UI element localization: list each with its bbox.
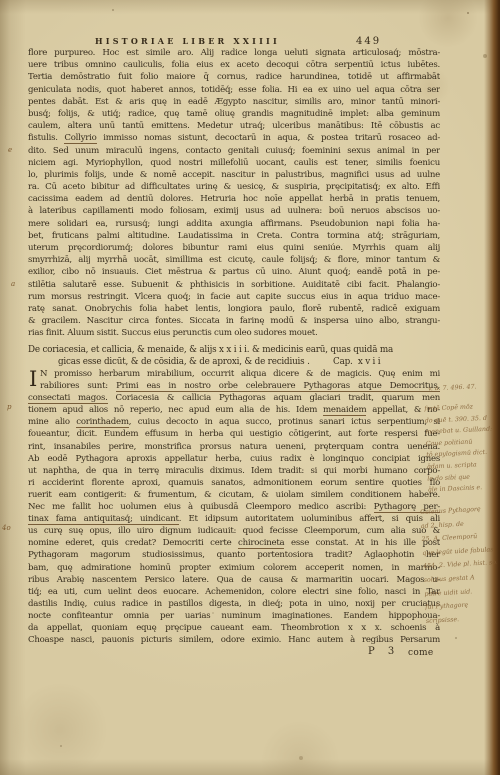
text-line: Ab eodē Pythagora aproxis appellatur her… xyxy=(28,453,440,465)
text-line: Tertia demōstratio fuit folio maiore q̄ … xyxy=(28,71,440,83)
text-line: ratę sanat. Onobrychis folia habet lenti… xyxy=(28,303,440,315)
text-line: da appellat, quoniam equę pręcipue cauea… xyxy=(28,622,440,634)
ink-underline: corinthadem xyxy=(76,417,128,428)
text-line: caulem, altera unū tantū emittens. Medet… xyxy=(28,120,440,132)
signature-mark: P 3 xyxy=(368,646,399,657)
handwritten-margin-note: fortē Copē mōzdo quē t. 390. 35. dmaneba… xyxy=(424,400,500,496)
ink-underline: tinax fama antiquitasq́; uindicant xyxy=(28,514,179,525)
text-line: gicas esse dicūt, & de cōsidia, & de apr… xyxy=(28,356,440,368)
text-line: nocte confiteantur omnia per uarias numi… xyxy=(28,610,440,622)
text-line: rabiliores sunt: Primi eas in nostro orb… xyxy=(28,380,440,392)
ink-underline: Collyrio xyxy=(64,133,96,144)
text-line: niciem agi. Myriophyllon, quod nostri mi… xyxy=(28,157,440,169)
running-title: HISTORIAE LIBER XXIIII xyxy=(95,36,280,46)
book-page-scan: HISTORIAE LIBER XXIIII 449 flore purpure… xyxy=(0,0,500,775)
text-line: rint, insanabiles perire, monstrifica pr… xyxy=(28,441,440,453)
text-line: ribus Arabię nascentem Persico latere. Q… xyxy=(28,574,440,586)
text-line: dastilis Indię, cuius radice in pastillo… xyxy=(28,598,440,610)
text-line: mere solidari ea, rursusq́; iungi addita… xyxy=(28,218,440,230)
text-line: ut naphtha, de qua in terrę miraculis di… xyxy=(28,465,440,477)
text-line: tinax fama antiquitasq́; uindicant. Et i… xyxy=(28,513,440,525)
text-line: geniculata nodis, quot haberet annos, to… xyxy=(28,84,440,96)
text-line: uterum pręcordiorumq́; dolores bibuntur … xyxy=(28,242,440,254)
text-line: nomine ederet, quis credat? Democriti ce… xyxy=(28,537,440,549)
page-number: 449 xyxy=(356,36,381,47)
text-line: stilētia salutarē esse. Subuenit & phthi… xyxy=(28,279,440,291)
left-margin-ink-mark: a xyxy=(11,280,15,288)
text-line: rum morsus restringit. Vlcera quoq́; in … xyxy=(28,291,440,303)
ink-underline: Primi eas in nostro orbe celebrauere Pyt… xyxy=(116,381,440,392)
text-line: foueantur, dicit. Eundem effusum in herb… xyxy=(28,428,440,440)
main-paragraph-1: flore purpureo. Hoc est simile aro. Alij… xyxy=(28,47,440,340)
text-line: pentes dabāt. Est & aris quę in eadē Ægy… xyxy=(28,96,440,108)
text-line: us curę suę opus, illo uiro dignum iudic… xyxy=(28,525,440,537)
text-line: à lateribus capillamenti modo foliosam, … xyxy=(28,205,440,217)
text-line: mine alio corinthadem, cuius decocto in … xyxy=(28,416,440,428)
text-line: bet, fruticans palmi altitudine. Laudati… xyxy=(28,230,440,242)
ink-underline: menaidem xyxy=(323,405,366,416)
text-line: uere tribus omnino cauliculis, folia eiu… xyxy=(28,59,440,71)
chapter-heading: De coriacesia, et callicia, & menaide, &… xyxy=(28,344,440,368)
text-line: N promisso herbarum mirabilium, occurrit… xyxy=(28,368,440,380)
text-line: ruerit eam contigerit: & frumentum, & ci… xyxy=(28,489,440,501)
text-line: Pythagoram magorum studiosissimus, quant… xyxy=(28,549,440,561)
catchword: come xyxy=(408,648,434,658)
paper-specks xyxy=(467,12,469,14)
handwritten-margin-note: Galenus Pythagoręad 2. hisp. de25. A. Cl… xyxy=(420,502,500,628)
ink-underline: chirocineta xyxy=(238,538,284,549)
left-margin-ink-mark: 4o xyxy=(2,524,11,532)
text-line: rias finit. Aluum sistit. Succus eius pe… xyxy=(28,327,440,339)
text-line: consectati magos. Coriacesia & callicia … xyxy=(28,392,440,404)
text-line: cacissima eadem ad dentiū dolores. Hetru… xyxy=(28,193,440,205)
text-line: bam, quę admiratione hominū propter exim… xyxy=(28,562,440,574)
text-line: Nec me fallit hoc uolumen eius à quibusd… xyxy=(28,501,440,513)
text-line: & gracilem. Nascitur circa fontes. Sicca… xyxy=(28,315,440,327)
text-line: busq́; folijs, & utiq́; radice, quę tamē… xyxy=(28,108,440,120)
text-line: ri acciderint florente aproxi, quamuis s… xyxy=(28,477,440,489)
text-line: ra. Cū aceto bibitur ad difficultates ur… xyxy=(28,181,440,193)
main-paragraph-2: N promisso herbarum mirabilium, occurrit… xyxy=(28,368,440,646)
text-line: lo, plurimis folijs, unde & nomē accepit… xyxy=(28,169,440,181)
text-line: Choaspe nasci, pauonis picturis similem,… xyxy=(28,634,440,646)
text-line: De coriacesia, et callicia, & menaide, &… xyxy=(28,344,440,356)
text-line: tiq́; ea uti, cum uelint deos euocare. A… xyxy=(28,586,440,598)
text-line: tionem apud alios nō reperio, nec apud e… xyxy=(28,404,440,416)
text-line: flore purpureo. Hoc est simile aro. Alij… xyxy=(28,47,440,59)
text-line: smyrrhizā, alij myrrhā uocāt, simillima … xyxy=(28,254,440,266)
left-margin-ink-mark: e xyxy=(8,146,12,154)
ink-underline: consectati magos. xyxy=(28,393,108,404)
signature-row: P 3 come xyxy=(0,646,500,660)
text-line: fistulis. Collyrio immisso nomas sistunt… xyxy=(28,132,440,144)
text-line: dito. Sed unum miraculū ingens, contacto… xyxy=(28,145,440,157)
left-margin-ink-mark: p xyxy=(7,403,11,411)
text-line: exilior, cibo nō insuauis. Ciet mēstrua … xyxy=(28,266,440,278)
